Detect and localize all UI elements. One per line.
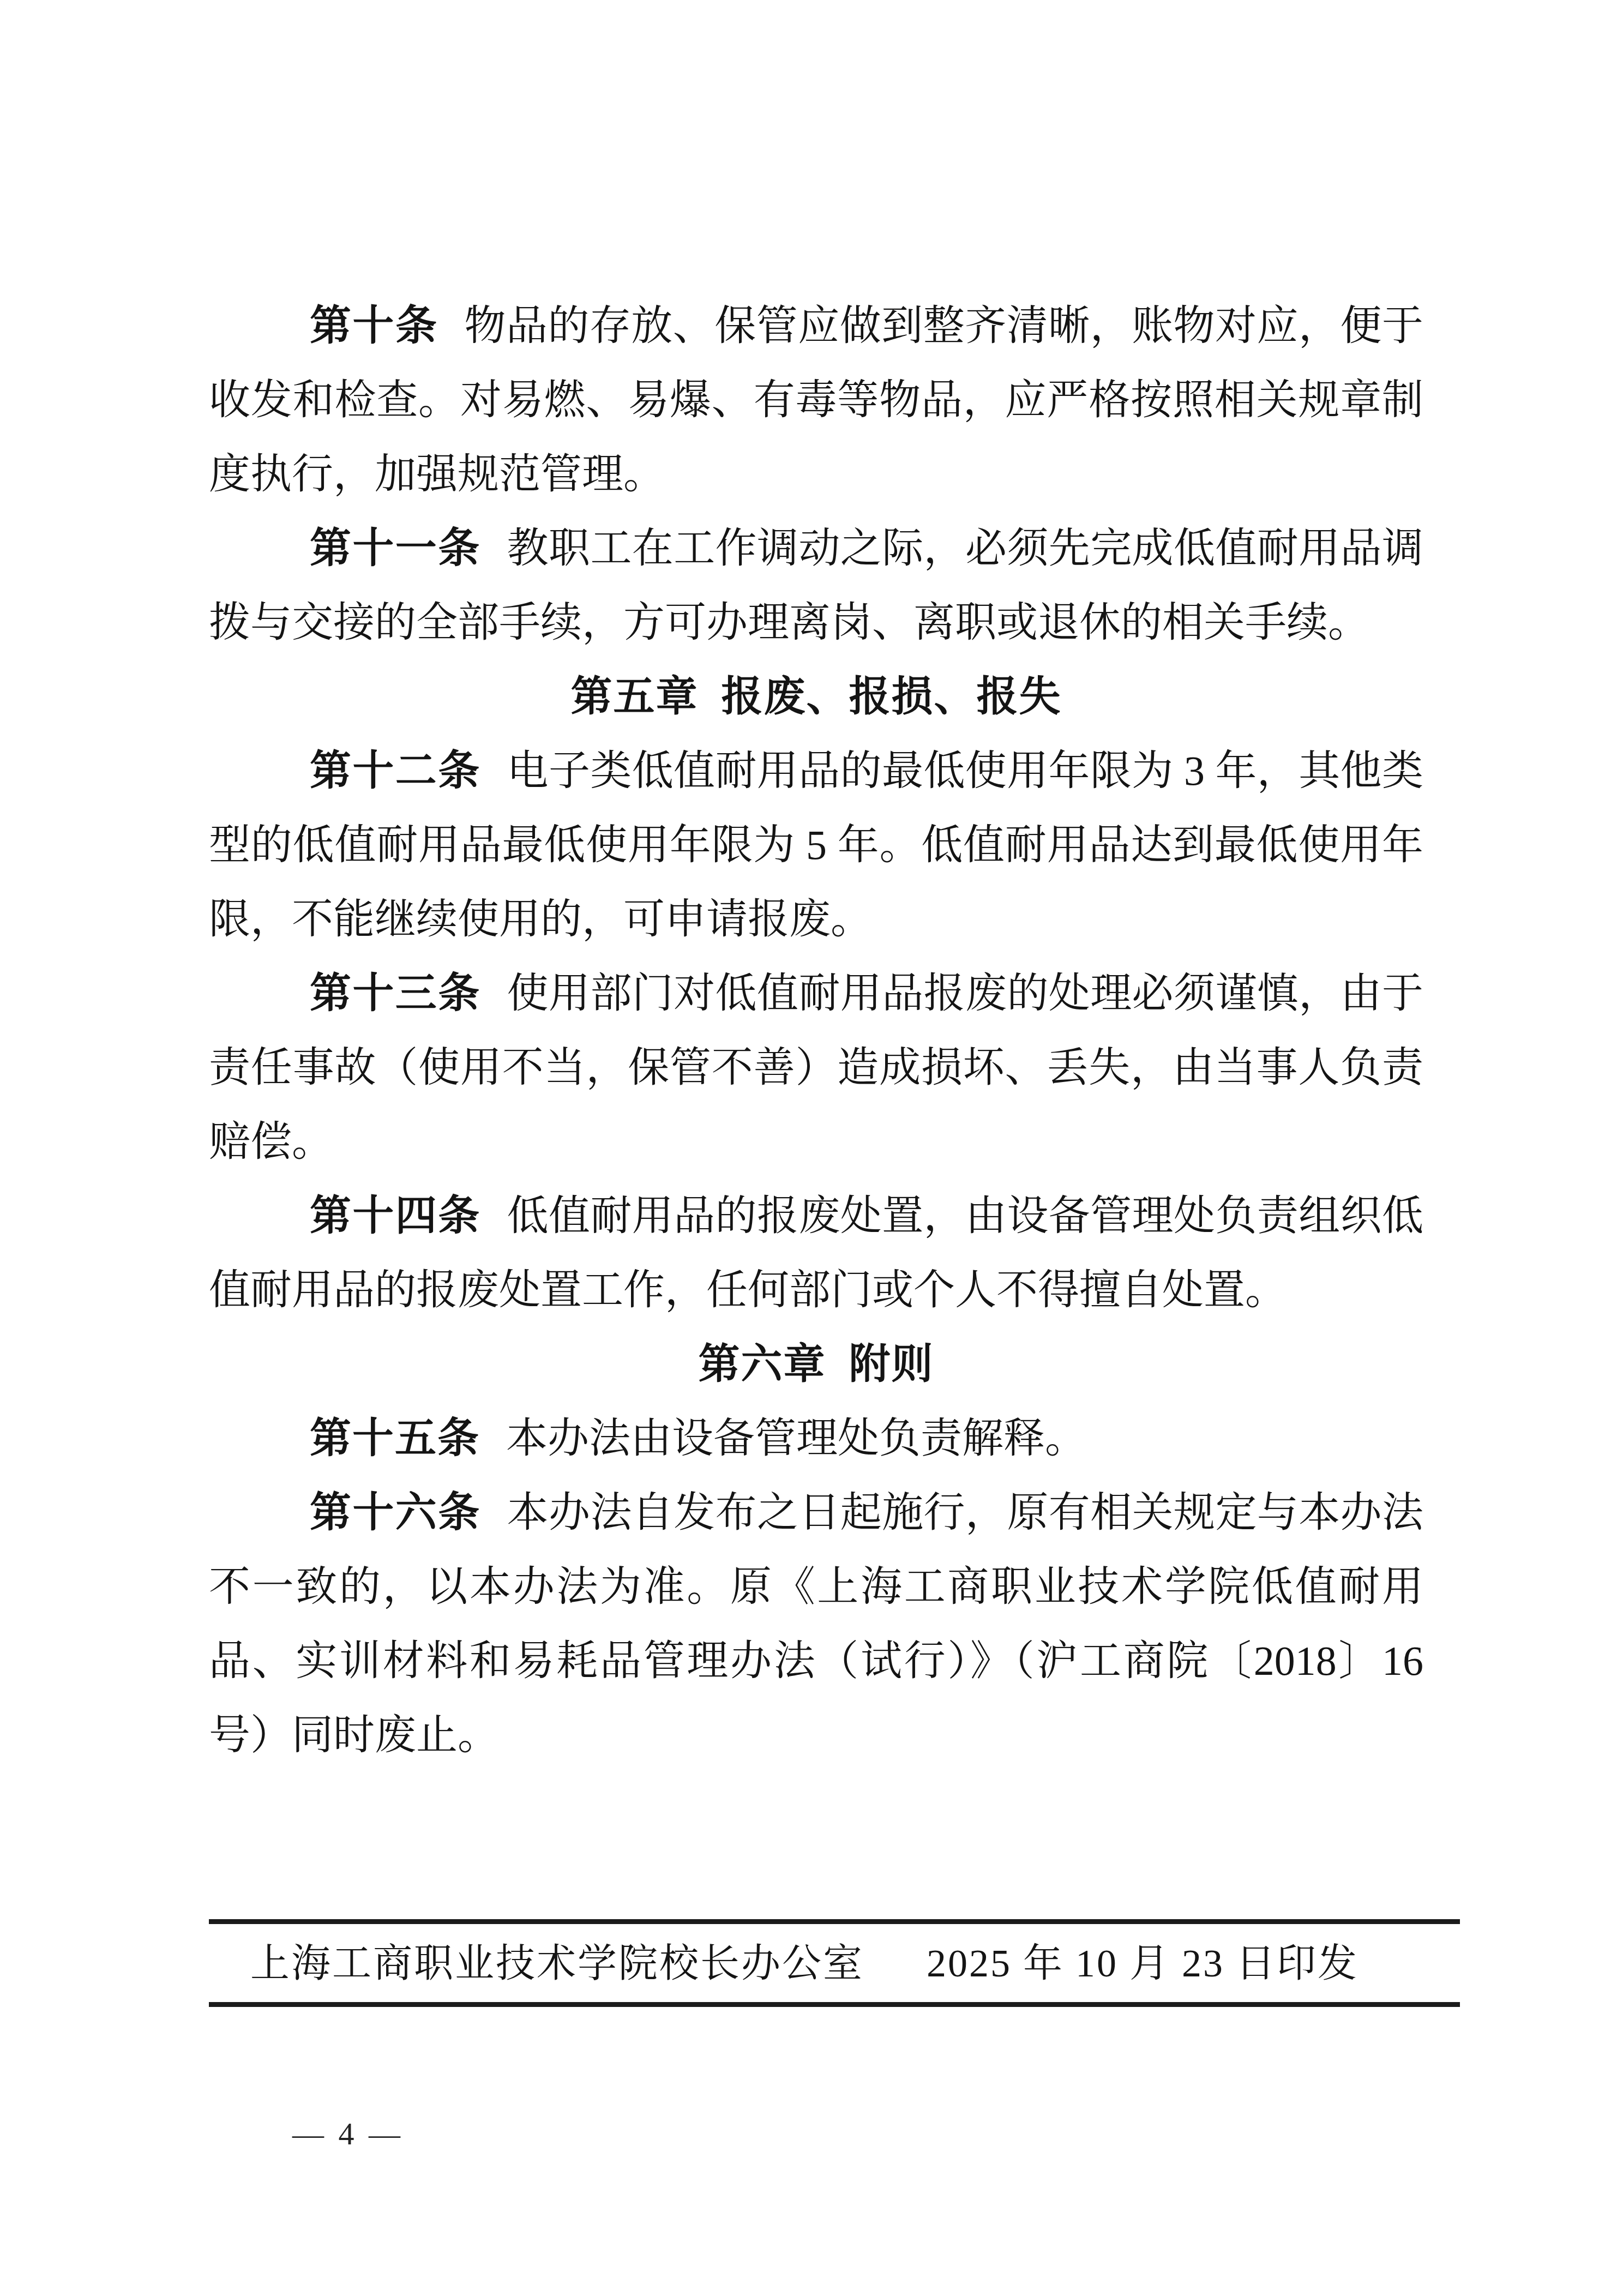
page-number: — 4 — (292, 2109, 404, 2159)
article-15-text: 本办法由设备管理处负责解释。 (506, 1416, 1086, 1462)
article-13-number: 第十三条 (310, 970, 481, 1017)
chapter-5-title: 报废、报损、报失 (722, 674, 1062, 720)
document-body: 第十条物品的存放、保管应做到整齐清晰，账物对应，便于收发和检查。对易燃、易爆、有… (209, 289, 1423, 1772)
article-12-number: 第十二条 (310, 748, 481, 794)
article-16-number: 第十六条 (310, 1489, 481, 1536)
chapter-5-heading: 第五章报废、报损、报失 (209, 660, 1423, 734)
article-10-number: 第十条 (310, 303, 438, 349)
document-page: 第十条物品的存放、保管应做到整齐清晰，账物对应，便于收发和检查。对易燃、易爆、有… (0, 0, 1623, 2296)
article-14-number: 第十四条 (310, 1193, 481, 1239)
article-15: 第十五条本办法由设备管理处负责解释。 (209, 1402, 1423, 1476)
article-15-number: 第十五条 (310, 1415, 480, 1462)
article-13: 第十三条使用部门对低值耐用品报废的处理必须谨慎，由于责任事故（使用不当，保管不善… (209, 957, 1423, 1179)
article-11-number: 第十一条 (310, 525, 481, 572)
chapter-6-number: 第六章 (699, 1341, 826, 1387)
document-footer: 上海工商职业技术学院校长办公室 2025 年 10 月 23 日印发 (209, 1924, 1460, 2002)
chapter-6-title: 附则 (849, 1341, 934, 1387)
article-10: 第十条物品的存放、保管应做到整齐清晰，账物对应，便于收发和检查。对易燃、易爆、有… (209, 289, 1423, 512)
article-12: 第十二条电子类低值耐用品的最低使用年限为 3 年，其他类型的低值耐用品最低使用年… (209, 734, 1423, 957)
article-11: 第十一条教职工在工作调动之际，必须先完成低值耐用品调拨与交接的全部手续，方可办理… (209, 512, 1423, 660)
footer-print-date: 2025 年 10 月 23 日印发 (927, 1944, 1358, 1983)
chapter-5-number: 第五章 (571, 674, 699, 720)
chapter-6-heading: 第六章附则 (209, 1327, 1423, 1402)
article-14: 第十四条低值耐用品的报废处置，由设备管理处负责组织低值耐用品的报废处置工作，任何… (209, 1179, 1423, 1327)
article-16: 第十六条本办法自发布之日起施行，原有相关规定与本办法不一致的，以本办法为准。原《… (209, 1476, 1423, 1772)
footer-rule-top (209, 1919, 1460, 1924)
footer-issuer: 上海工商职业技术学院校长办公室 (250, 1944, 864, 1983)
footer-rule-bottom (209, 2002, 1460, 2007)
